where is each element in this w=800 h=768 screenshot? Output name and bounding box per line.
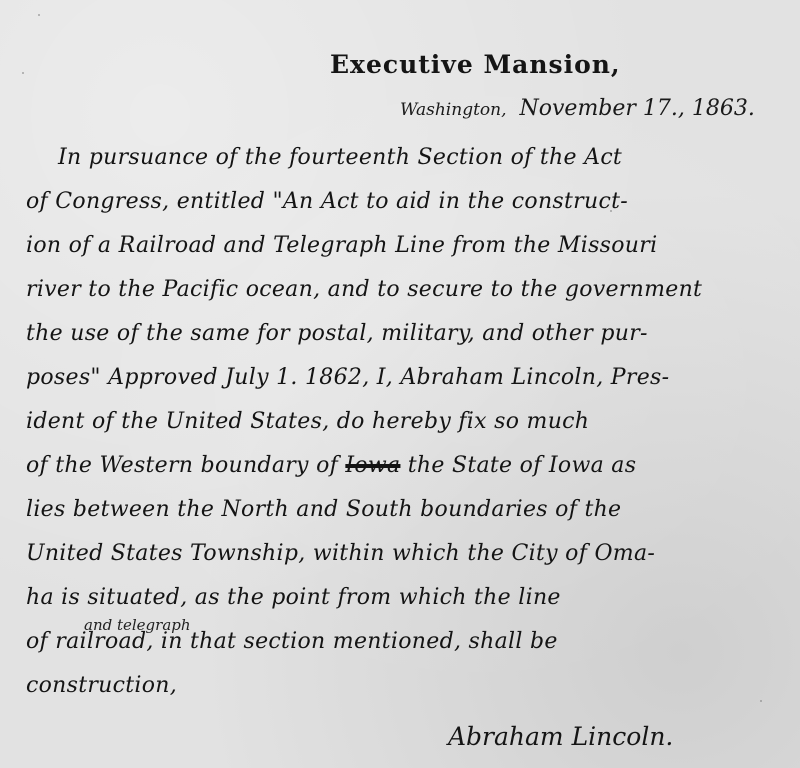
body-line: ident of the United States, do hereby fi… bbox=[26, 400, 796, 444]
dateline-place: Washington, bbox=[400, 100, 507, 120]
body-line: of the Western boundary of Iowa the Stat… bbox=[26, 444, 796, 488]
body-line: In pursuance of the fourteenth Section o… bbox=[26, 136, 796, 180]
paper-speck bbox=[22, 72, 24, 74]
body-line: the use of the same for postal, military… bbox=[26, 312, 796, 356]
body-line: construction, bbox=[26, 664, 796, 708]
dateline-date: November 17., 1863. bbox=[520, 96, 755, 121]
signature: Abraham Lincoln. bbox=[448, 722, 673, 751]
body-line: lies between the North and South boundar… bbox=[26, 488, 796, 532]
paper-speck bbox=[610, 210, 612, 212]
body-line: ha is situated, as the point from which … bbox=[26, 576, 796, 620]
body-line: United States Township, within which the… bbox=[26, 532, 796, 576]
paper-speck bbox=[760, 700, 762, 702]
letterhead-title: Executive Mansion, bbox=[330, 50, 621, 79]
paper-speck bbox=[38, 14, 40, 16]
document-page: Executive Mansion, Washington, November … bbox=[0, 0, 800, 768]
body-line: ion of a Railroad and Telegraph Line fro… bbox=[26, 224, 796, 268]
body-line: river to the Pacific ocean, and to secur… bbox=[26, 268, 796, 312]
paper-speck bbox=[318, 470, 320, 472]
body-line-end: the State of Iowa as bbox=[408, 453, 637, 478]
dateline: Washington, November 17., 1863. bbox=[400, 96, 755, 121]
body-line: poses" Approved July 1. 1862, I, Abraham… bbox=[26, 356, 796, 400]
body-line: of Congress, entitled "An Act to aid in … bbox=[26, 180, 796, 224]
struck-word: Iowa bbox=[345, 453, 400, 478]
body-line-start: of the Western boundary of bbox=[26, 453, 338, 478]
interlinear-insertion: and telegraph bbox=[84, 616, 191, 634]
